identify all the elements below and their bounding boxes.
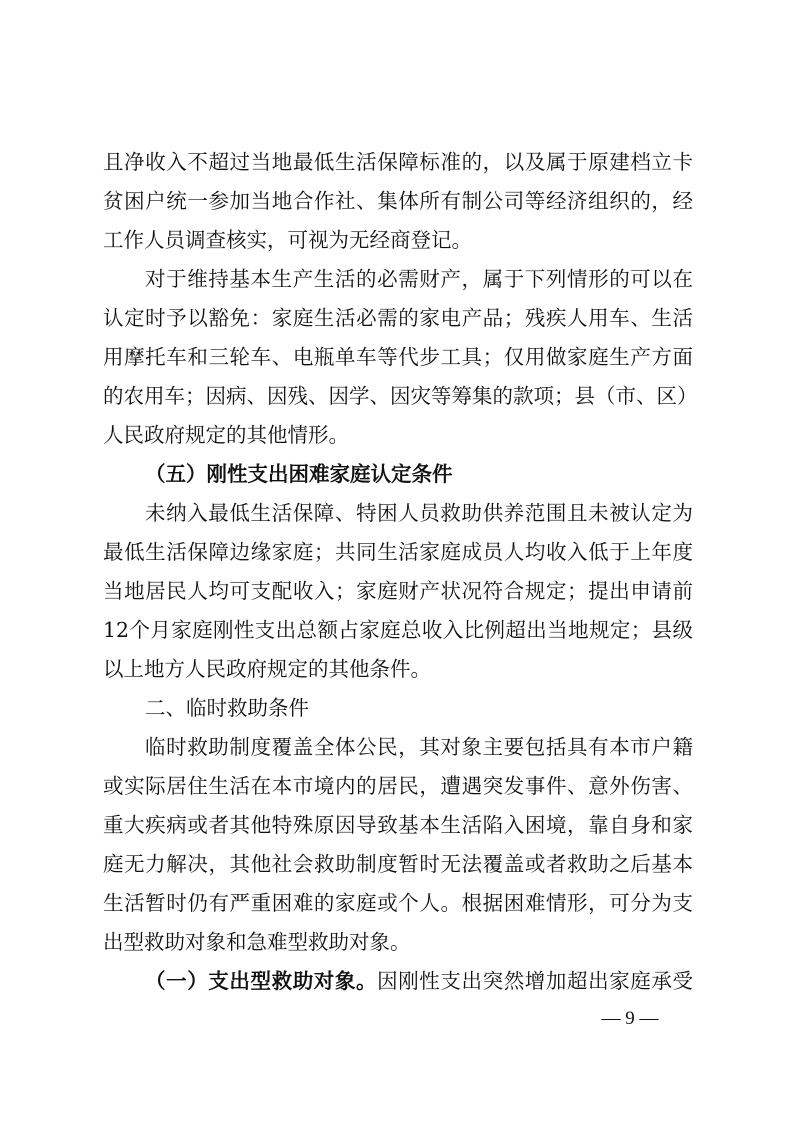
paragraph-text: 因刚性支出突然增加超出家庭承受 [377, 969, 693, 993]
paragraph-line: 工作人员调查核实，可视为无经商登记。 [103, 221, 693, 260]
paragraph-line: 人民政府规定的其他情形。 [103, 416, 693, 455]
paragraph-line: 未纳入最低生活保障、特困人员救助供养范围且未被认定为 [103, 494, 693, 533]
paragraph-line: 的农用车；因病、因残、因学、因灾等筹集的款项；县（市、区） [103, 377, 693, 416]
paragraph-line: 以上地方人民政府规定的其他条件。 [103, 650, 693, 689]
paragraph-line: 重大疾病或者其他特殊原因导致基本生活陷入困境，靠自身和家 [103, 806, 693, 845]
paragraph-line: 生活暂时仍有严重困难的家庭或个人。根据困难情形，可分为支 [103, 884, 693, 923]
paragraph-line: 用摩托车和三轮车、电瓶单车等代步工具；仅用做家庭生产方面 [103, 338, 693, 377]
paragraph-line: 庭无力解决，其他社会救助制度暂时无法覆盖或者救助之后基本 [103, 845, 693, 884]
inline-heading: （一）支出型救助对象。 [145, 969, 377, 993]
paragraph-line: 对于维持基本生产生活的必需财产，属于下列情形的可以在 [103, 260, 693, 299]
paragraph-line: （一）支出型救助对象。因刚性支出突然增加超出家庭承受 [103, 962, 693, 1001]
paragraph-line: 且净收入不超过当地最低生活保障标准的，以及属于原建档立卡 [103, 143, 693, 182]
chapter-heading: 二、临时救助条件 [103, 689, 693, 728]
section-heading: （五）刚性支出困难家庭认定条件 [103, 455, 693, 494]
page-number: — 9 — [580, 1008, 680, 1030]
paragraph-line: 出型救助对象和急难型救助对象。 [103, 923, 693, 962]
paragraph-line: 贫困户统一参加当地合作社、集体所有制公司等经济组织的，经 [103, 182, 693, 221]
paragraph-line: 当地居民人均可支配收入；家庭财产状况符合规定；提出申请前 [103, 572, 693, 611]
paragraph-line: 临时救助制度覆盖全体公民，其对象主要包括具有本市户籍 [103, 728, 693, 767]
paragraph-line: 认定时予以豁免：家庭生活必需的家电产品；残疾人用车、生活 [103, 299, 693, 338]
paragraph-line: 最低生活保障边缘家庭；共同生活家庭成员人均收入低于上年度 [103, 533, 693, 572]
document-body: 且净收入不超过当地最低生活保障标准的，以及属于原建档立卡 贫困户统一参加当地合作… [103, 143, 693, 1001]
paragraph-line: 或实际居住生活在本市境内的居民，遭遇突发事件、意外伤害、 [103, 767, 693, 806]
paragraph-line: 12个月家庭刚性支出总额占家庭总收入比例超出当地规定；县级 [103, 611, 693, 650]
